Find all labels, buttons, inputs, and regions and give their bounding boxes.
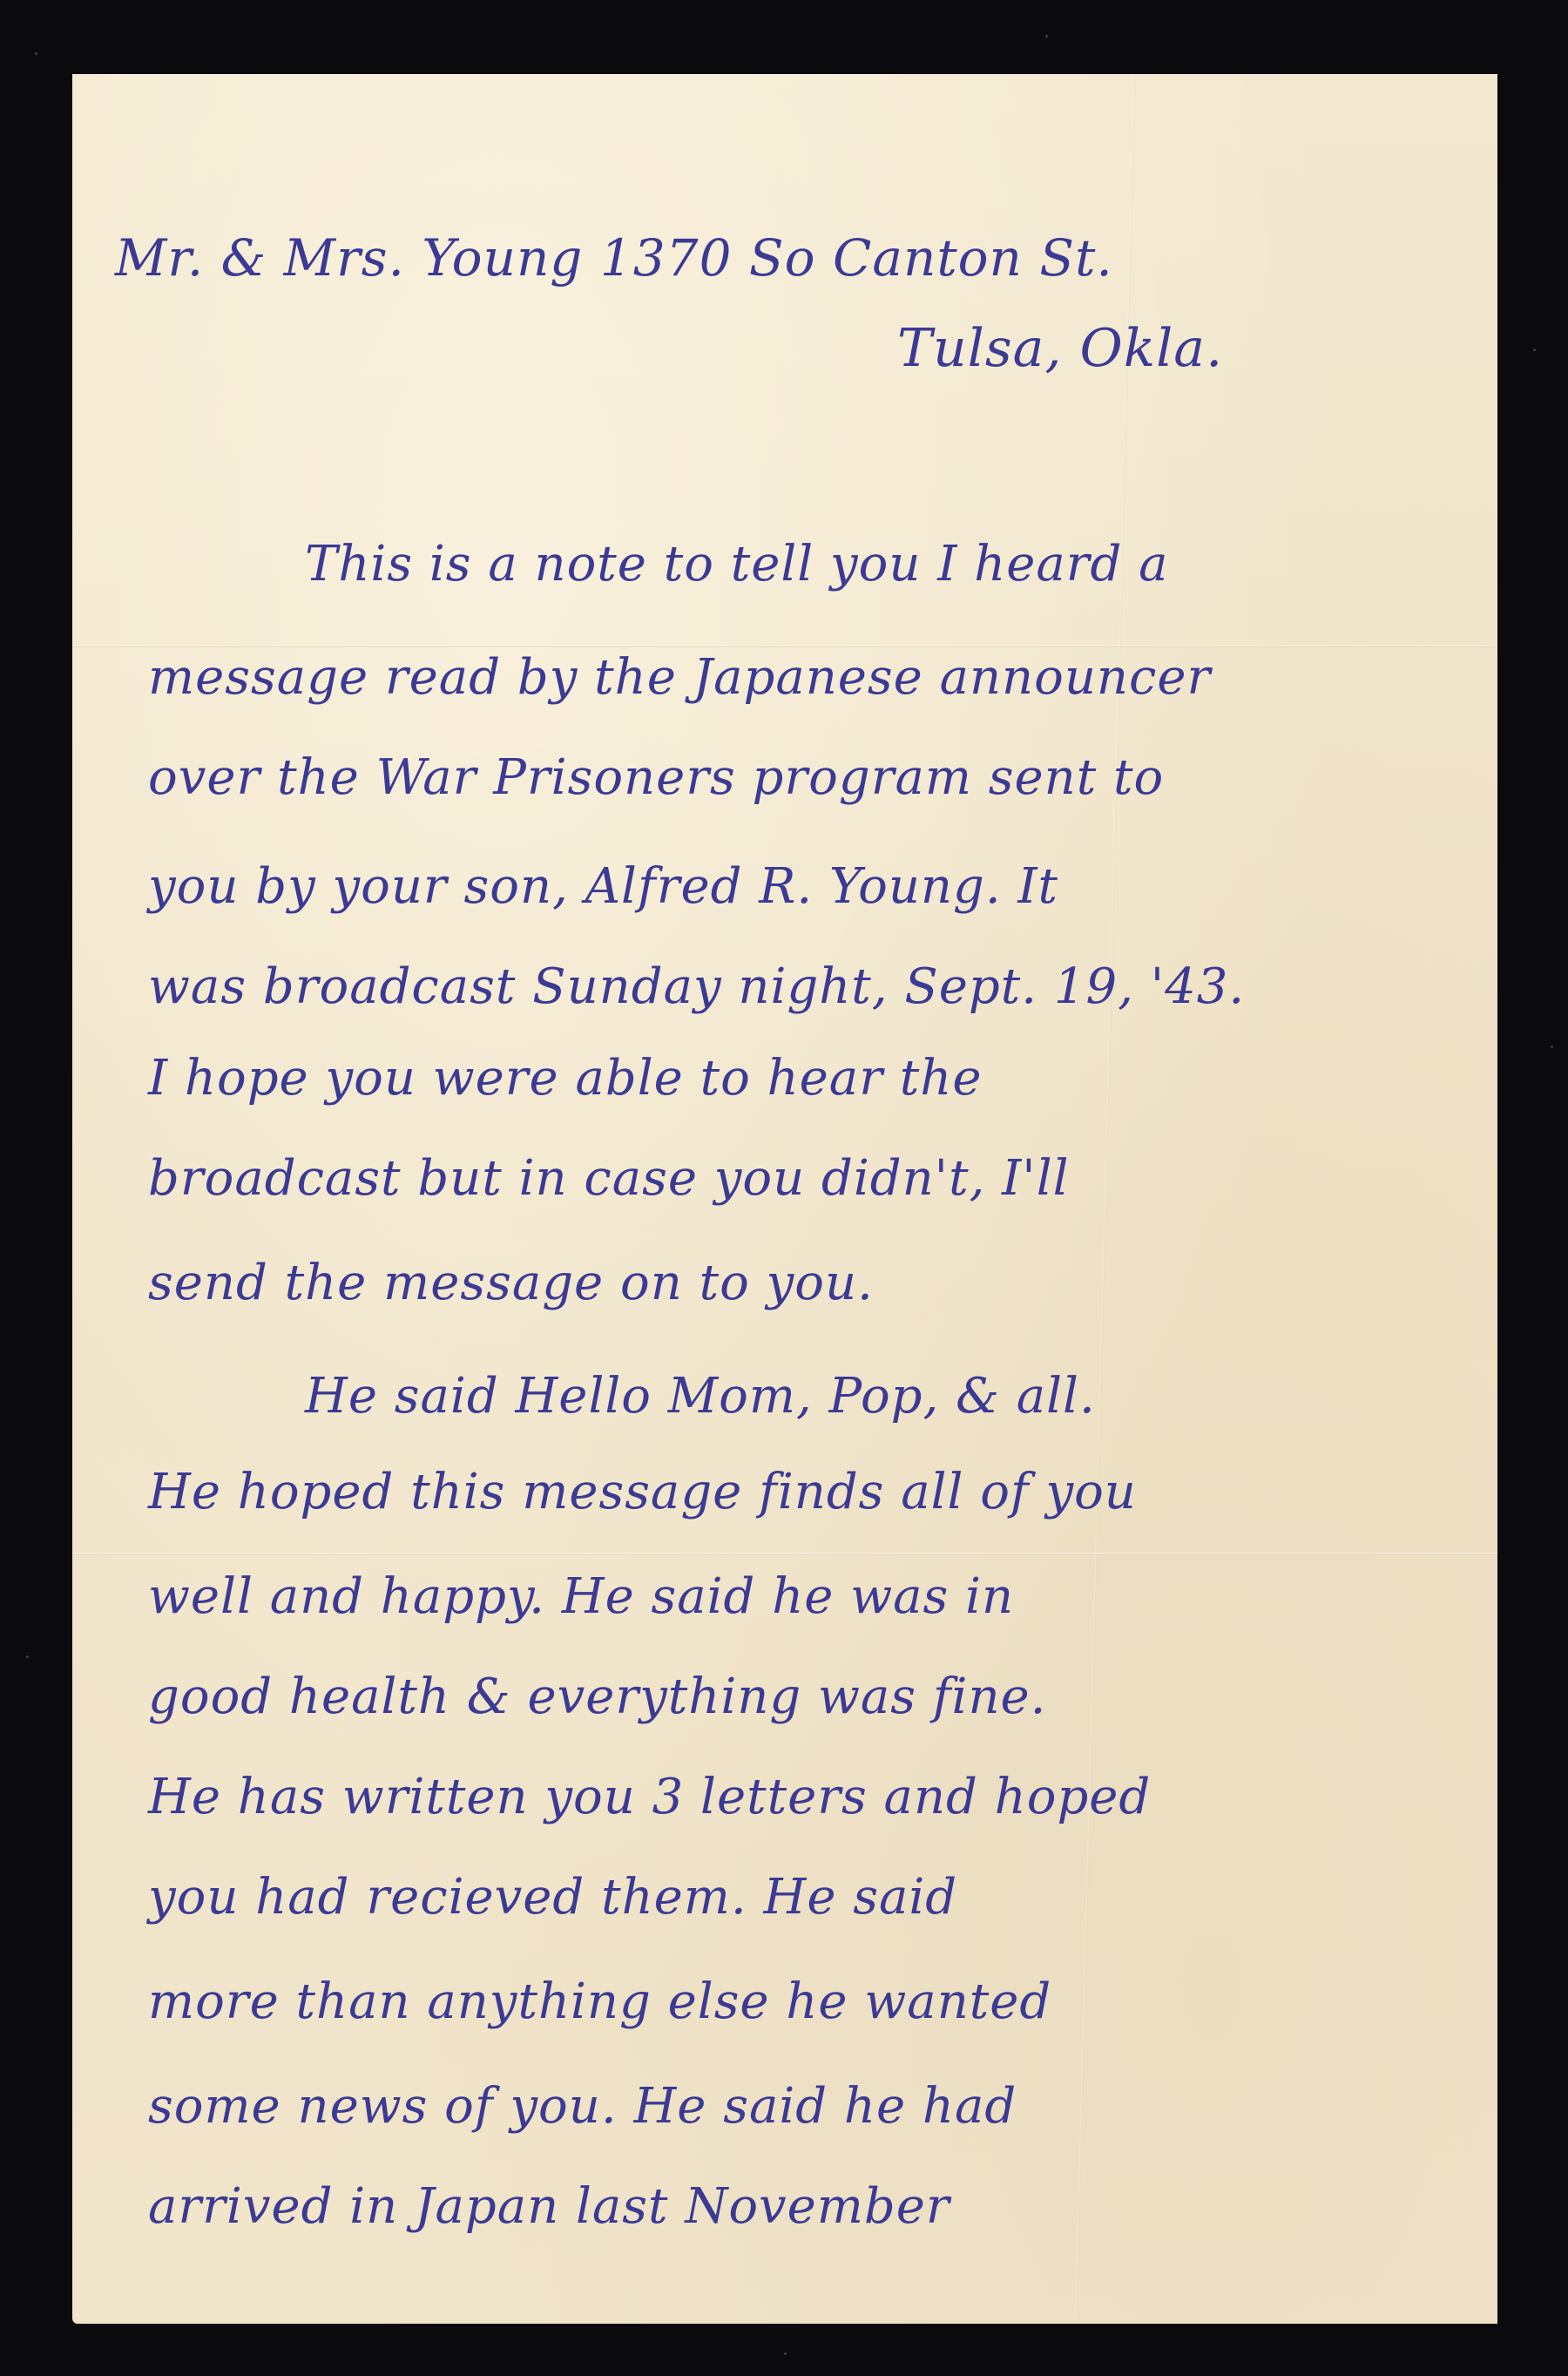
backdrop-speck xyxy=(1045,35,1048,37)
letter-line: He has written you 3 letters and hoped xyxy=(148,1769,1151,1825)
letter-line: message read by the Japanese announcer xyxy=(148,649,1211,706)
letter-line: you had recieved them. He said xyxy=(148,1869,957,1926)
letter-line: He hoped this message finds all of you xyxy=(148,1464,1137,1520)
letter-line: over the War Prisoners program sent to xyxy=(148,749,1164,806)
fold-crease xyxy=(72,1553,1497,1555)
address-city-state: Tulsa, Okla. xyxy=(897,318,1223,379)
letter-line: I hope you were able to hear the xyxy=(148,1050,982,1107)
backdrop-speck xyxy=(35,52,37,55)
letter-line: good health & everything was fine. xyxy=(148,1669,1046,1725)
letter-line: send the message on to you. xyxy=(148,1255,874,1311)
letter-line: This is a note to tell you I heard a xyxy=(305,536,1169,592)
letter-line: some news of you. He said he had xyxy=(148,2078,1017,2135)
letter-line: He said Hello Mom, Pop, & all. xyxy=(305,1368,1096,1425)
backdrop-speck xyxy=(1533,349,1536,351)
letter-line: you by your son, Alfred R. Young. It xyxy=(148,858,1058,915)
backdrop-speck xyxy=(26,1655,29,1658)
address-recipient-street: Mr. & Mrs. Young 1370 So Canton St. xyxy=(115,228,1113,288)
letter-line: well and happy. He said he was in xyxy=(148,1568,1014,1625)
letter-line: broadcast but in case you didn't, I'll xyxy=(148,1150,1070,1207)
fold-crease-vertical xyxy=(1075,74,1136,2324)
backdrop-speck xyxy=(1551,1046,1553,1048)
fold-crease xyxy=(72,645,1497,647)
backdrop-speck xyxy=(784,2352,787,2355)
letter-line: arrived in Japan last November xyxy=(148,2178,950,2235)
letter-line: more than anything else he wanted xyxy=(148,1973,1051,2030)
letter-line: was broadcast Sunday night, Sept. 19, '4… xyxy=(148,958,1245,1015)
